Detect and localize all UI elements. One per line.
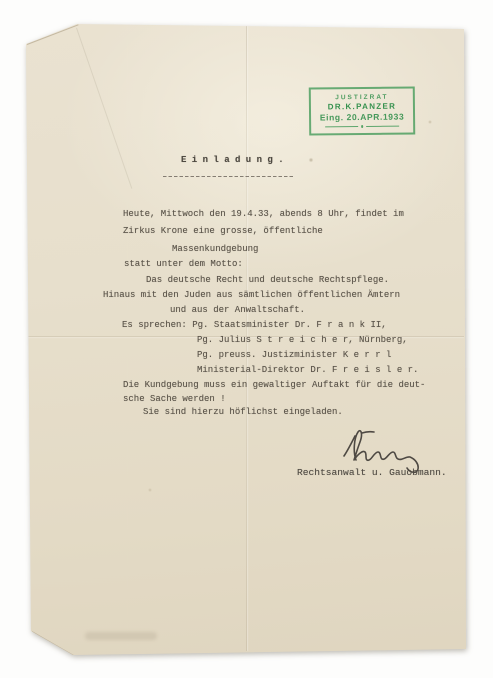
corner-crease (76, 28, 132, 189)
stamp-rule-bar (325, 126, 357, 128)
letter-title: E i n l a d u n g . (181, 155, 284, 165)
title-underline (163, 176, 294, 177)
typed-line: Ministerial-Direktor Dr. F r e i s l e r… (197, 365, 418, 375)
stamp-rule-bar (366, 125, 398, 127)
typed-line: Massenkundgebung (172, 244, 258, 254)
top-left-fold-edge (27, 24, 79, 45)
typed-line: Es sprechen: Pg. Staatsminister Dr. F r … (122, 320, 387, 330)
typed-line: Sie sind hierzu höflichst eingeladen. (143, 407, 343, 417)
stamp-rule-dot (361, 125, 364, 128)
received-date-stamp: JUSTIZRAT DR.K.PANZER Eing. 20.APR.1933 (309, 86, 415, 135)
ink-smudge (85, 632, 157, 640)
stamp-line-justizrat: JUSTIZRAT (335, 94, 388, 102)
stamp-line-date: Eing. 20.APR.1933 (320, 112, 404, 123)
typed-line: Pg. Julius S t r e i c h e r, Nürnberg, (197, 335, 408, 345)
letter-paper: JUSTIZRAT DR.K.PANZER Eing. 20.APR.1933 … (0, 0, 493, 678)
typed-line: Die Kundgebung muss ein gewaltiger Aufta… (123, 380, 425, 390)
typed-line: Hinaus mit den Juden aus sämtlichen öffe… (103, 290, 400, 300)
stamp-ornament-rule (325, 125, 398, 128)
paper-shadow-wrap: JUSTIZRAT DR.K.PANZER Eing. 20.APR.1933 … (0, 0, 493, 678)
typed-line: Das deutsche Recht und deutsche Rechtspf… (146, 275, 389, 285)
typed-line: und aus der Anwaltschaft. (170, 305, 305, 315)
typed-line: Zirkus Krone eine grosse, öffentliche (123, 226, 323, 236)
bottom-left-fold-edge (32, 631, 74, 656)
stamp-line-name: DR.K.PANZER (328, 102, 396, 112)
scan-background: JUSTIZRAT DR.K.PANZER Eing. 20.APR.1933 … (0, 0, 493, 678)
typed-line: Heute, Mittwoch den 19.4.33, abends 8 Uh… (123, 209, 404, 219)
signature-caption: Rechtsanwalt u. Gauobmann. (297, 468, 447, 478)
typed-line: Pg. preuss. Justizminister K e r r l (197, 350, 391, 360)
typed-line: sche Sache werden ! (123, 394, 226, 404)
typed-line: statt unter dem Motto: (124, 259, 243, 269)
